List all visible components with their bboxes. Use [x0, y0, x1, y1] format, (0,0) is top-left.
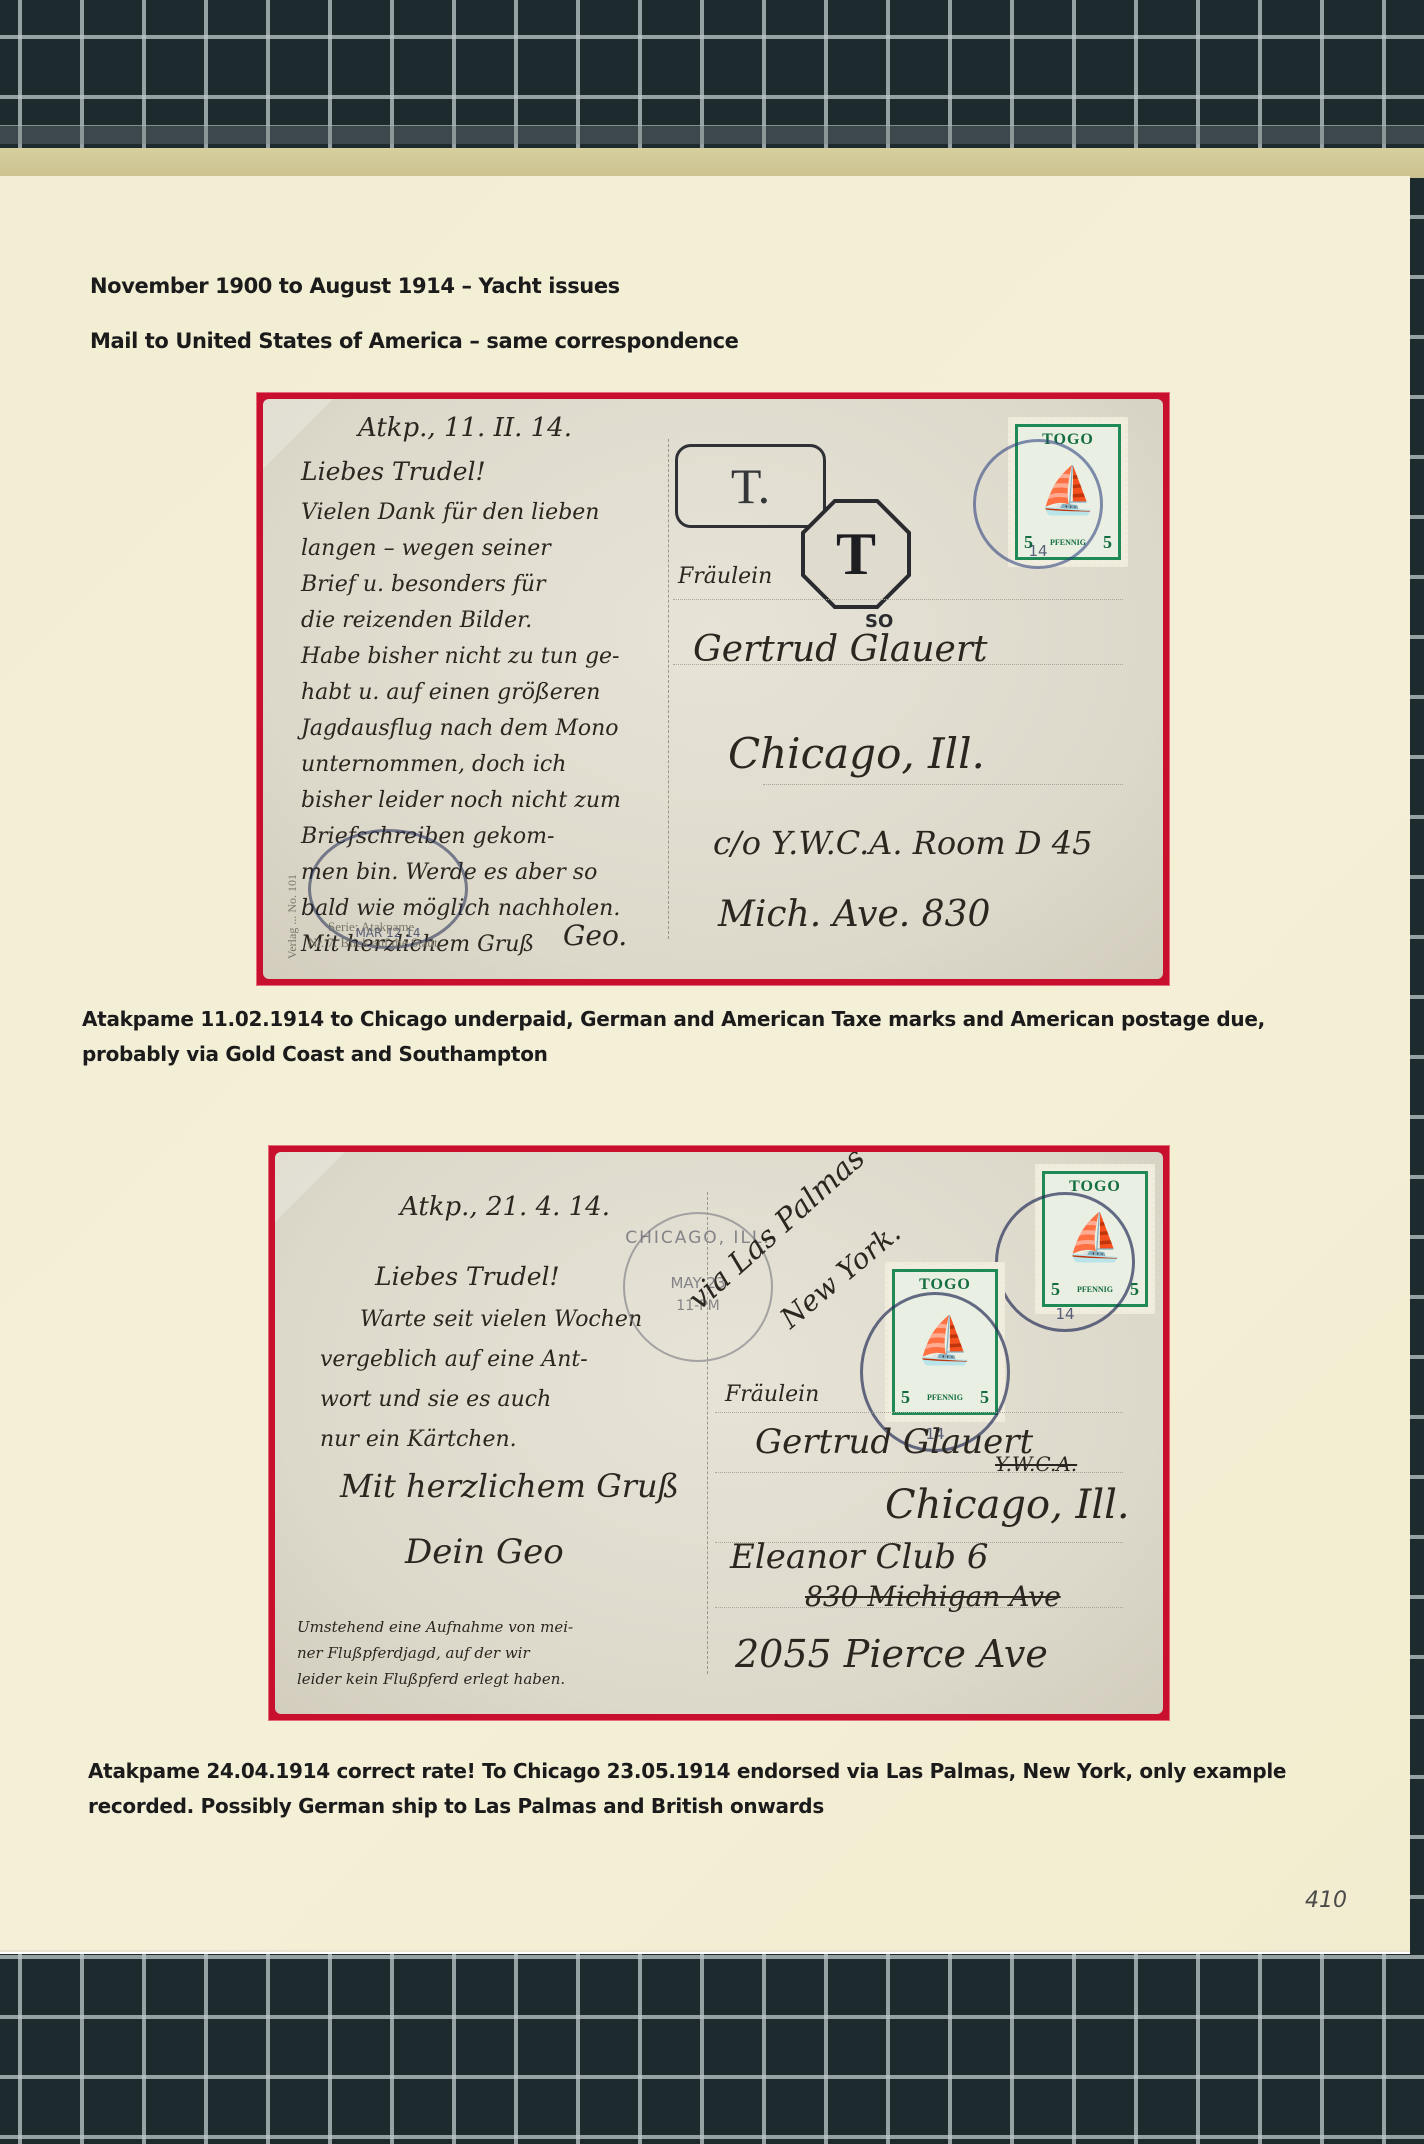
address-redirect-club: Eleanor Club 6	[730, 1537, 989, 1577]
page-number: 410	[1305, 1888, 1347, 1913]
address-title: Fräulein	[725, 1382, 819, 1407]
message-salutation: Liebes Trudel!	[301, 457, 486, 486]
message-signature: Geo.	[563, 919, 627, 952]
card-divider	[707, 1192, 708, 1674]
album-sleeve-edge	[0, 125, 1424, 144]
address-struck-organization: Y.W.C.A.	[995, 1452, 1077, 1476]
album-page: November 1900 to August 1914 – Yacht iss…	[0, 176, 1410, 1950]
address-city: Chicago, Ill.	[728, 729, 985, 778]
cover-2-mount: Atkp., 21. 4. 14. Liebes Trudel! Warte s…	[268, 1145, 1170, 1721]
message-postscript: Umstehend eine Aufnahme von mei- ner Flu…	[297, 1614, 573, 1692]
message-closing: Mit herzlichem Gruß	[340, 1467, 679, 1505]
message-dateline: Atkp., 11. II. 14.	[358, 413, 572, 443]
address-name: Gertrud Glauert	[755, 1422, 1033, 1462]
cover-1-caption: Atakpame 11.02.1914 to Chicago underpaid…	[82, 1002, 1382, 1072]
message-body: Warte seit vielen Wochen vergeblich auf …	[320, 1300, 642, 1460]
printed-title: Nr. 7. Blick auf die Stadt.	[308, 935, 441, 951]
card-divider	[668, 439, 669, 939]
cover-1-mount: Verlag ... No. 101 Atkp., 11. II. 14. Li…	[256, 392, 1170, 986]
address-title: Fräulein	[678, 564, 772, 589]
cover-2-caption: Atakpame 24.04.1914 correct rate! To Chi…	[88, 1754, 1388, 1824]
message-signature: Dein Geo	[405, 1532, 564, 1572]
message-salutation: Liebes Trudel!	[375, 1262, 560, 1291]
page-heading: November 1900 to August 1914 – Yacht iss…	[90, 274, 620, 298]
american-taxe-mark: T	[801, 499, 911, 609]
address-street: Mich. Ave. 830	[718, 894, 990, 935]
atakpame-cancel: 14	[995, 1192, 1135, 1332]
postcard-2: Atkp., 21. 4. 14. Liebes Trudel! Warte s…	[275, 1152, 1163, 1714]
page-subheading: Mail to United States of America – same …	[90, 329, 739, 353]
address-name: Gertrud Glauert	[693, 629, 988, 670]
publisher-imprint: Verlag ... No. 101	[285, 419, 300, 959]
message-dateline: Atkp., 21. 4. 14.	[400, 1192, 610, 1222]
address-new-street: 2055 Pierce Ave	[735, 1632, 1048, 1676]
german-taxe-mark: T.	[675, 444, 826, 528]
page-hinge-strip	[0, 148, 1424, 178]
printed-series: Serie: Atakpame.	[328, 919, 418, 935]
address-city: Chicago, Ill.	[885, 1482, 1130, 1528]
address-struck-street: 830 Michigan Ave	[805, 1580, 1061, 1613]
postcard-1: Verlag ... No. 101 Atkp., 11. II. 14. Li…	[263, 399, 1163, 979]
atakpame-cancel: 14	[973, 439, 1103, 569]
address-care-of: c/o Y.W.C.A. Room D 45	[713, 824, 1092, 862]
photo-corner	[275, 1152, 345, 1222]
